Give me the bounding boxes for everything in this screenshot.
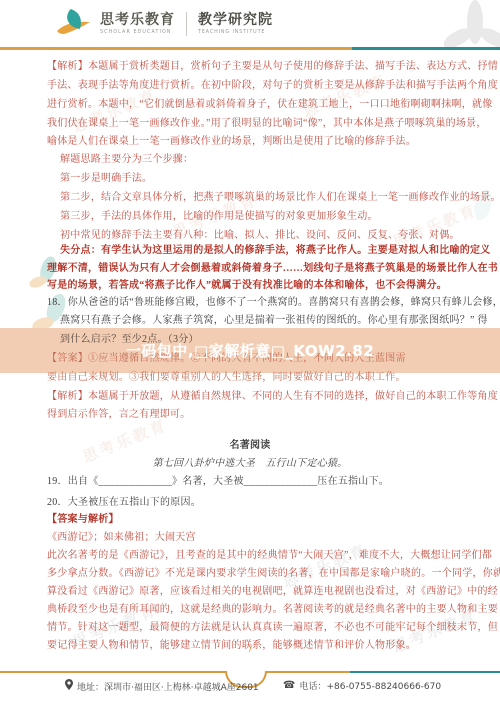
- text-line: 进行赏析。本题中，“它们就倒悬着或斜倚着身子，伏在建筑工地上，一口口地衔啊砌啊抹…: [47, 95, 492, 110]
- brand-name-en: SCHOLAR EDUCATION: [100, 30, 175, 35]
- text-line: 手法、表现手法等角度进行赏析。在初中阶段，对句子的赏析主要是从修辞手法和描写手法…: [47, 76, 498, 91]
- text-line: 第七回八卦炉中逃大圣 五行山下定心猿。: [0, 454, 500, 469]
- page-number: 7: [0, 645, 500, 655]
- location-pin-icon: [65, 679, 73, 693]
- text-line: 失分点：有学生认为这里运用的是拟人的修辞手法，将燕子比作人。主要是对拟人和比喻的…: [47, 241, 491, 256]
- logo-leaf-icon: [55, 7, 93, 41]
- text-line: 解题思路主要分为三个步骤：: [47, 150, 193, 165]
- text-line: 典桥段至少也是有所耳闻的，这就是经典的影响力。名著阅读考的就是经典名著中的主要人…: [47, 600, 498, 615]
- text-line: 《西游记》；如来佛祖；大闹天宫: [47, 528, 196, 543]
- text-line: 【答案与解析】: [47, 510, 119, 525]
- brand-name: 思考乐教育: [100, 13, 175, 28]
- text-line: 初中常见的修辞手法主要有八种：比喻、拟人、排比、设问、反问、反复、夸张、对偶。: [47, 226, 460, 241]
- text-line: 第二步，结合文章具体分析，把燕子喂啄筑巢的场景比作人们在课桌上一笔一画修改作业的…: [47, 188, 500, 203]
- address-block: 地址：深圳市·福田区·上梅林·卓越城A座2601: [65, 679, 259, 693]
- document-page: 思考乐教育 思考乐教育 思考乐教育 思考乐教育 思考乐教育 思考乐教育 思考乐教…: [0, 0, 500, 706]
- text-line: 19．出自《______________》名著，大圣被_____________…: [47, 472, 389, 487]
- text-line: 此次名著考的是《西游记》，且考查的是其中的经典情节“大闹天宫”，难度不大，大概想…: [47, 546, 492, 561]
- text-line: 第三步，手法的具体作用，比喻的作用是使描写的对象更加形象生动。: [47, 207, 378, 222]
- text-line: 得到启示作答，言之有理即可。: [47, 405, 191, 420]
- phone-block: ☎ 电话：+86-0755-88240666-670: [283, 679, 441, 692]
- brand-logo: 思考乐教育 SCHOLAR EDUCATION 教学研究院 TEACHING I…: [55, 7, 273, 41]
- text-line: 第一步是明确手法。: [47, 169, 152, 184]
- text-line: 【解析】本题属于开放题，从遵循自然规律、不同的人生有不同的选择，做好自己的本职工…: [47, 387, 498, 402]
- institute-name-en: TEACHING INSTITUTE: [198, 30, 273, 35]
- header-rule: [0, 47, 500, 50]
- address-text: 地址：深圳市·福田区·上梅林·卓越城A座2601: [77, 680, 259, 693]
- institute-name: 教学研究院: [198, 13, 273, 28]
- text-line: 喻体是人们在课桌上一笔一画修改作业的场景，判断出是使用了比喻的修辞手法。: [47, 132, 416, 147]
- text-line: 【解析】本题属于赏析类题目，赏析句子主要是从句子使用的修辞手法、描写手法、表达方…: [47, 57, 498, 72]
- text-line: 多少拿点分数。《西游记》不光是课内要求学生阅读的名著，在中国都是家喻户晓的。一个…: [47, 564, 500, 579]
- text-line: 燕窝只有燕子会修。人家燕子筑窝，心里是揣着一张祖传的图纸的。你心里有那张图纸吗？…: [47, 311, 488, 326]
- text-line: 我们伏在课桌上一笔一画修改作业。”用了很明显的比喻词“像”，其中本体是燕子喂啄筑…: [47, 114, 487, 129]
- phone-icon: ☎: [283, 680, 295, 691]
- logo-divider: [186, 12, 187, 36]
- text-line: 名著阅读: [0, 436, 500, 451]
- overlay-watermark-text: 一码包中,□家解析意□_KOW2.82: [0, 328, 500, 373]
- text-line: 算没看过《西游记》原著，应该看过相关的电视剧吧，就算连电视剧也没看过，对《西游记…: [47, 582, 498, 597]
- text-line: 写是的场景，若答成“将燕子比作人”就属于没有找准比喻的本体和喻体，也不会得满分。: [47, 276, 447, 291]
- phone-text: 电话：+86-0755-88240666-670: [299, 679, 441, 692]
- text-line: 20．大圣被压在五指山下的原因。: [47, 493, 201, 508]
- text-line: 情节。针对这一题型，最简便的方法就是认认真真读一遍原著，不必也不可能牢记每个细枝…: [47, 618, 498, 633]
- text-line: 18．你从爸爸的话“鲁班能修宫殿，也修不了一个燕窝的。喜鹊窝只有喜鹊会修，蜂窝只…: [47, 293, 500, 308]
- text-line: 理解不清，错误认为只有人才会倒悬着或斜倚着身子……划线句子是将燕子筑巢是的场景比…: [47, 259, 498, 274]
